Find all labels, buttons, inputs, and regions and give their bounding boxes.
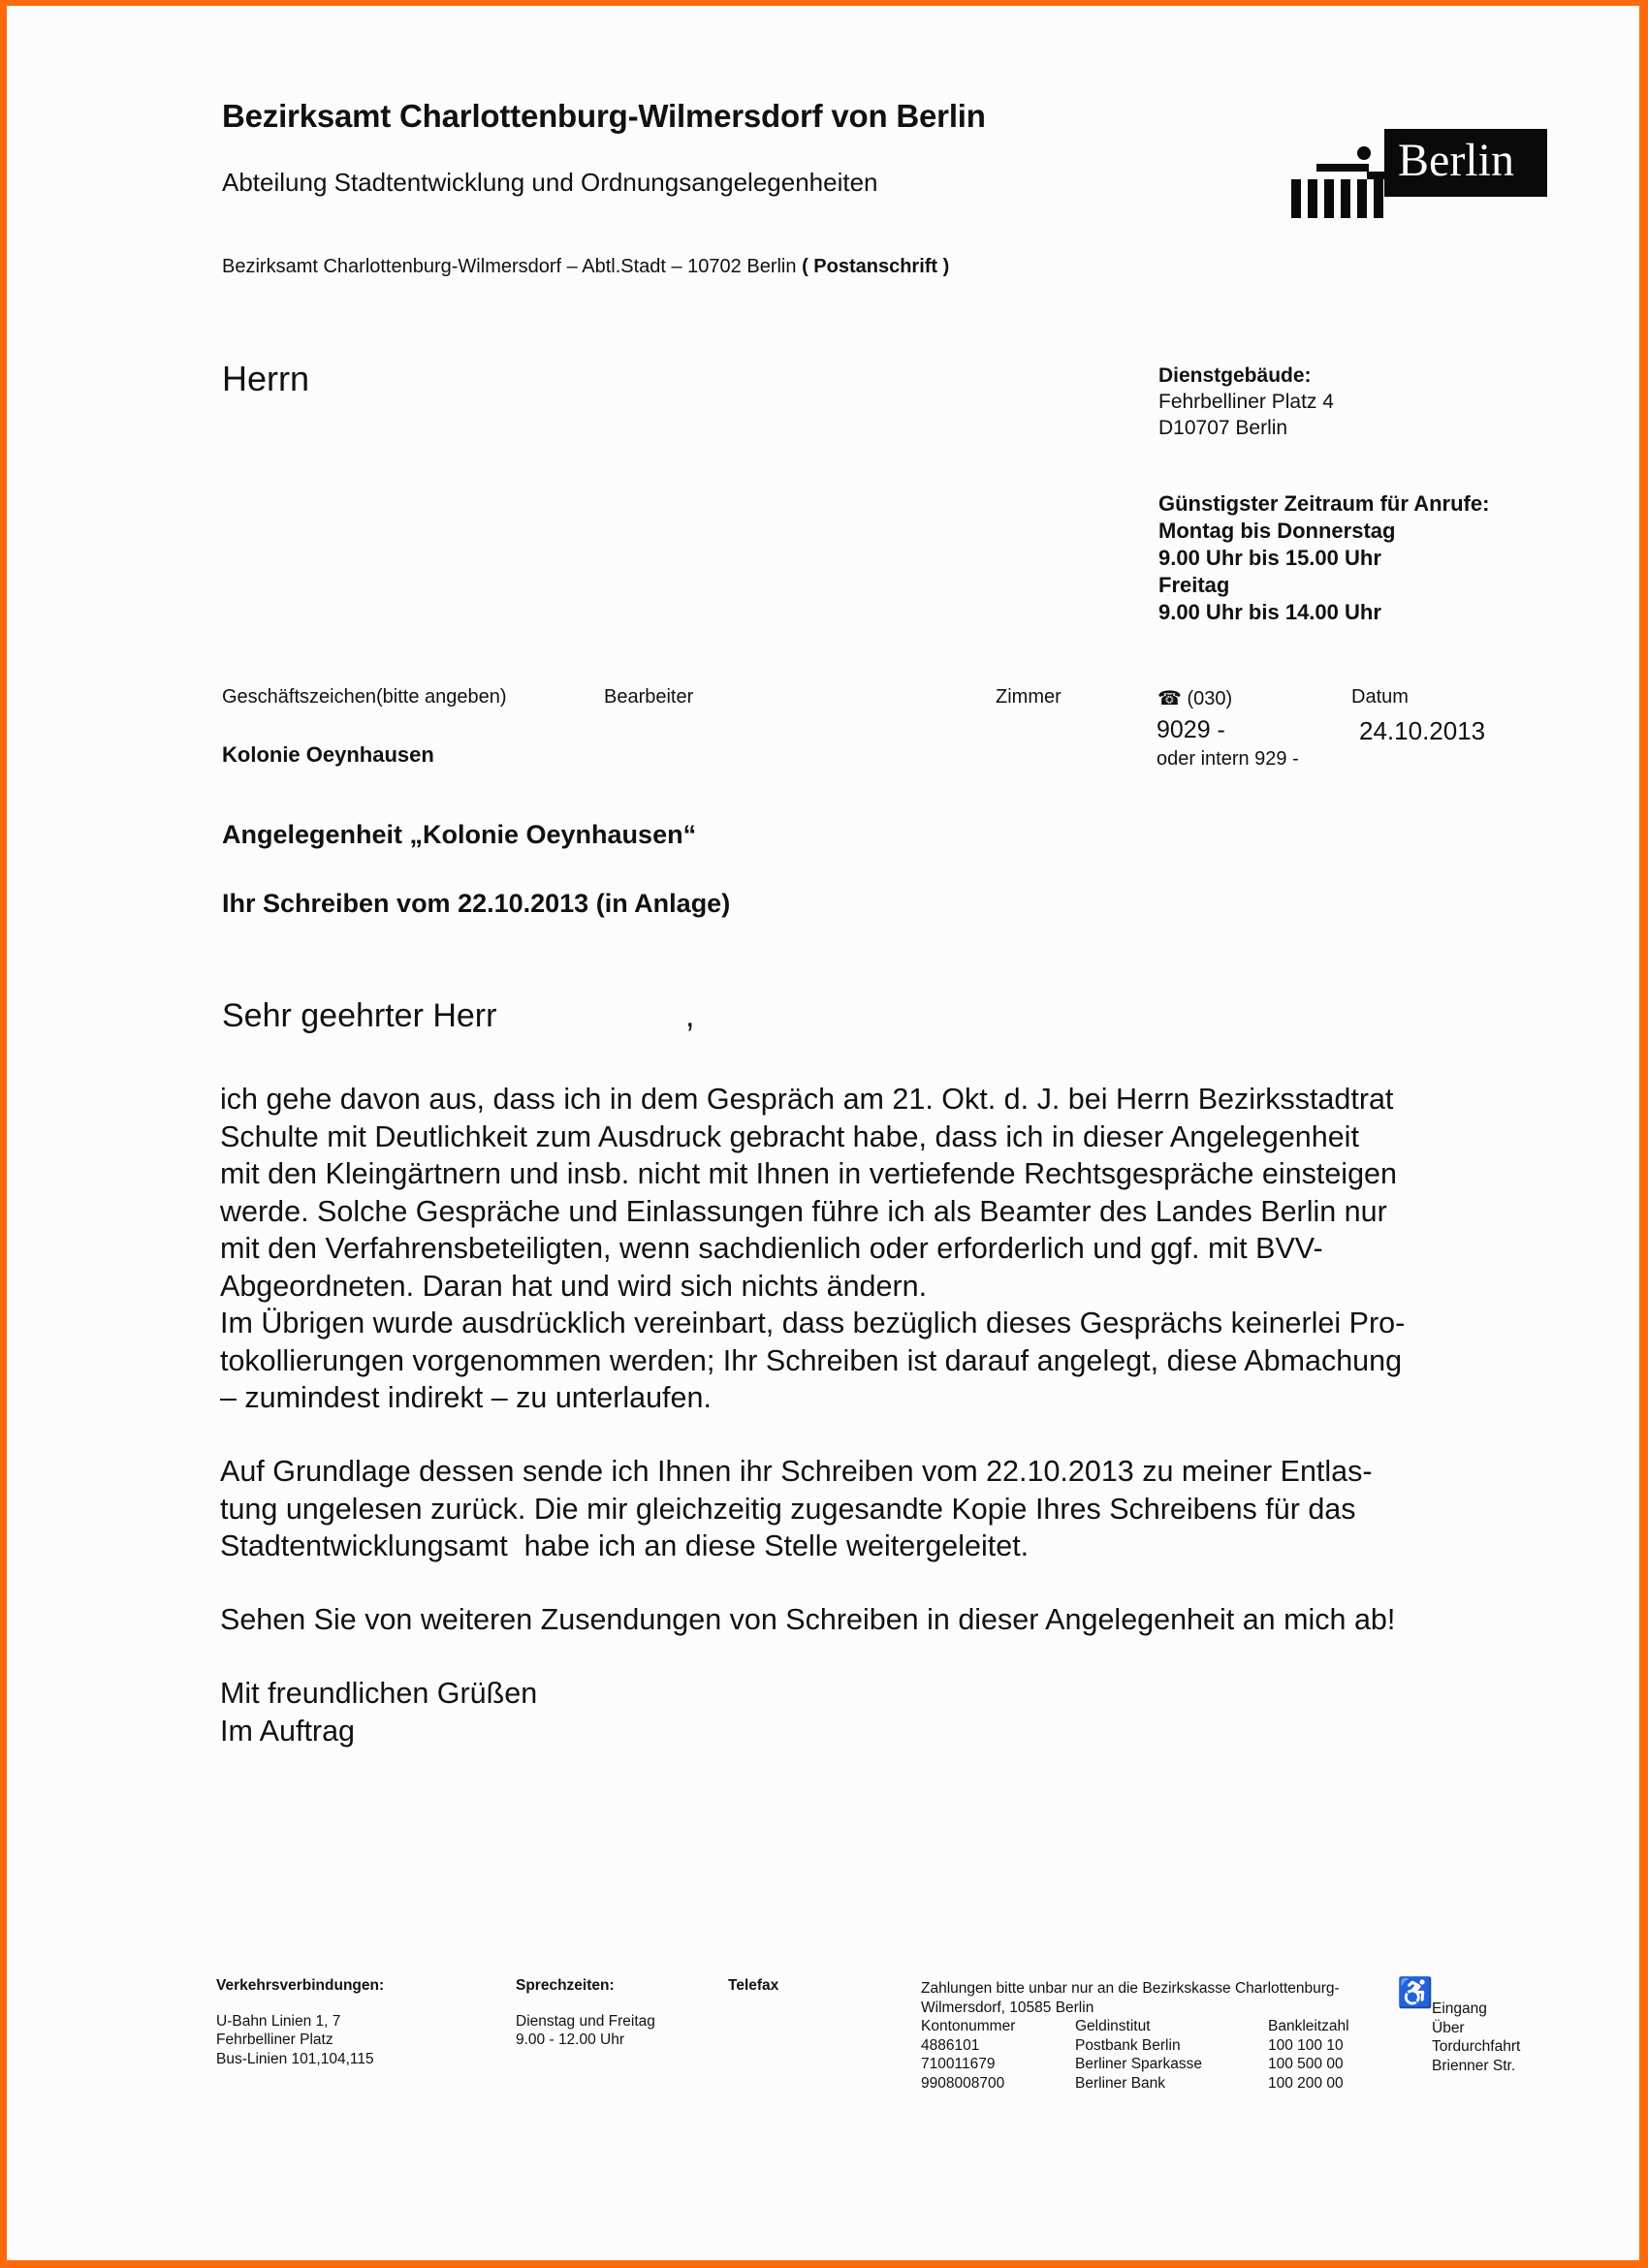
call-times: Günstigster Zeitraum für Anrufe: Montag … bbox=[1158, 490, 1489, 626]
payment-line: Zahlungen bitte unbar nur an die Bezirks… bbox=[921, 1979, 1340, 1999]
subject-line: Angelegenheit „Kolonie Oeynhausen“ bbox=[222, 820, 696, 850]
return-address-suffix: ( Postanschrift ) bbox=[802, 256, 949, 277]
access-line: Tordurchfahrt bbox=[1432, 2037, 1520, 2057]
recipient-salutation: Herrn bbox=[222, 359, 309, 399]
paragraph-1: ich gehe davon aus, dass ich in dem Gesp… bbox=[220, 1081, 1405, 1417]
body-line: mit den Verfahrensbeteiligten, wenn sach… bbox=[220, 1230, 1405, 1268]
closing-greeting: Mit freundlichen Grüßen bbox=[220, 1675, 537, 1713]
building-label: Dienstgebäude: bbox=[1158, 362, 1334, 389]
body-line: mit den Kleingärtnern und insb. nicht mi… bbox=[220, 1155, 1405, 1193]
telephone-icon: ☎ bbox=[1157, 688, 1182, 709]
body-line: tung ungelesen zurück. Die mir gleichzei… bbox=[220, 1491, 1373, 1528]
date-value: 24.10.2013 bbox=[1359, 716, 1485, 746]
bank-code: 100 200 00 bbox=[1268, 2074, 1344, 2094]
hours-line: 9.00 - 12.00 Uhr bbox=[516, 2031, 655, 2050]
greeting: Sehr geehrter Herr bbox=[222, 997, 496, 1035]
paragraph-2: Auf Grundlage dessen sende ich Ihnen ihr… bbox=[220, 1453, 1373, 1565]
department-name: Abteilung Stadtentwicklung und Ordnungsa… bbox=[222, 168, 878, 198]
body-line: Im Übrigen wurde ausdrücklich vereinbart… bbox=[220, 1305, 1405, 1342]
bank-header-institute: Geldinstitut bbox=[1075, 2017, 1151, 2036]
return-address: Bezirksamt Charlottenburg-Wilmersdorf – … bbox=[222, 256, 949, 278]
closing-on-behalf: Im Auftrag bbox=[220, 1713, 537, 1750]
phone-area-code: (030) bbox=[1187, 688, 1232, 709]
call-time-line: 9.00 Uhr bis 15.00 Uhr bbox=[1158, 545, 1489, 572]
paragraph-3: Sehen Sie von weiteren Zusendungen von S… bbox=[220, 1601, 1395, 1639]
transport-title: Verkehrsverbindungen: bbox=[216, 1976, 384, 1996]
access-line: Eingang bbox=[1432, 2000, 1520, 2019]
footer-payment-note: Zahlungen bitte unbar nur an die Bezirks… bbox=[921, 1979, 1340, 2017]
body-line: Auf Grundlage dessen sende ich Ihnen ihr… bbox=[220, 1453, 1373, 1491]
footer-hours: Sprechzeiten: Dienstag und Freitag 9.00 … bbox=[516, 1976, 655, 2050]
organization-title: Bezirksamt Charlottenburg-Wilmersdorf vo… bbox=[222, 98, 986, 135]
transport-line: Fehrbelliner Platz bbox=[216, 2031, 384, 2050]
body-line: tokollierungen vorgenommen werden; Ihr S… bbox=[220, 1342, 1405, 1380]
transport-line: Bus-Linien 101,104,115 bbox=[216, 2050, 384, 2069]
handler-label: Bearbeiter bbox=[604, 686, 693, 709]
call-times-title: Günstigster Zeitraum für Anrufe: bbox=[1158, 490, 1489, 518]
bank-header-code: Bankleitzahl bbox=[1268, 2017, 1349, 2036]
closing: Mit freundlichen Grüßen Im Auftrag bbox=[220, 1675, 537, 1749]
body-line: Stadtentwicklungsamt habe ich an diese S… bbox=[220, 1528, 1373, 1565]
office-address: Dienstgebäude: Fehrbelliner Platz 4 D107… bbox=[1158, 362, 1334, 441]
access-line: Über bbox=[1432, 2019, 1520, 2038]
body-line: – zumindest indirekt – zu unterlaufen. bbox=[220, 1379, 1405, 1417]
bank-account: 9908008700 bbox=[921, 2074, 1004, 2094]
call-time-line: Freitag bbox=[1158, 572, 1489, 599]
file-ref-value: Kolonie Oeynhausen bbox=[222, 742, 434, 768]
hours-line: Dienstag und Freitag bbox=[516, 2012, 655, 2032]
bank-account: 4886101 bbox=[921, 2036, 979, 2056]
bank-account: 710011679 bbox=[921, 2055, 995, 2074]
file-ref-label: Geschäftszeichen(bitte angeben) bbox=[222, 686, 507, 709]
bank-code: 100 100 10 bbox=[1268, 2036, 1344, 2056]
bank-code: 100 500 00 bbox=[1268, 2055, 1344, 2074]
logo-wordmark: Berlin bbox=[1398, 134, 1514, 187]
body-line: Abgeordneten. Daran hat und wird sich ni… bbox=[220, 1268, 1405, 1306]
bank-institute: Berliner Sparkasse bbox=[1075, 2055, 1202, 2074]
call-time-line: 9.00 Uhr bis 14.00 Uhr bbox=[1158, 599, 1489, 626]
footer-fax-title: Telefax bbox=[728, 1976, 778, 1996]
berlin-logo: Berlin bbox=[1291, 129, 1548, 211]
subject-reference: Ihr Schreiben vom 22.10.2013 (in Anlage) bbox=[222, 889, 730, 919]
phone-number: 9029 - bbox=[1157, 716, 1225, 744]
accessibility-text: Eingang Über Tordurchfahrt Brienner Str. bbox=[1432, 2000, 1520, 2075]
room-label: Zimmer bbox=[996, 686, 1062, 709]
hours-title: Sprechzeiten: bbox=[516, 1976, 655, 1996]
letter-page: Bezirksamt Charlottenburg-Wilmersdorf vo… bbox=[7, 6, 1639, 2260]
phone-area: ☎ (030) bbox=[1157, 686, 1232, 710]
bank-header-account: Kontonummer bbox=[921, 2017, 1015, 2036]
phone-internal: oder intern 929 - bbox=[1157, 748, 1299, 771]
payment-line: Wilmersdorf, 10585 Berlin bbox=[921, 1999, 1340, 2018]
body-line: Schulte mit Deutlichkeit zum Ausdruck ge… bbox=[220, 1118, 1405, 1156]
date-label: Datum bbox=[1351, 686, 1409, 709]
transport-line: U-Bahn Linien 1, 7 bbox=[216, 2012, 384, 2032]
bank-institute: Postbank Berlin bbox=[1075, 2036, 1181, 2056]
body-line: werde. Solche Gespräche und Einlassungen… bbox=[220, 1193, 1405, 1231]
footer-transport: Verkehrsverbindungen: U-Bahn Linien 1, 7… bbox=[216, 1976, 384, 2068]
building-street: Fehrbelliner Platz 4 bbox=[1158, 389, 1334, 415]
access-line: Brienner Str. bbox=[1432, 2057, 1520, 2076]
body-line: ich gehe davon aus, dass ich in dem Gesp… bbox=[220, 1081, 1405, 1118]
building-city: D10707 Berlin bbox=[1158, 415, 1334, 441]
wheelchair-icon: ♿ bbox=[1397, 1979, 1433, 2008]
greeting-comma: , bbox=[685, 997, 694, 1035]
call-time-line: Montag bis Donnerstag bbox=[1158, 518, 1489, 545]
return-address-text: Bezirksamt Charlottenburg-Wilmersdorf – … bbox=[222, 256, 797, 277]
bank-institute: Berliner Bank bbox=[1075, 2074, 1165, 2094]
